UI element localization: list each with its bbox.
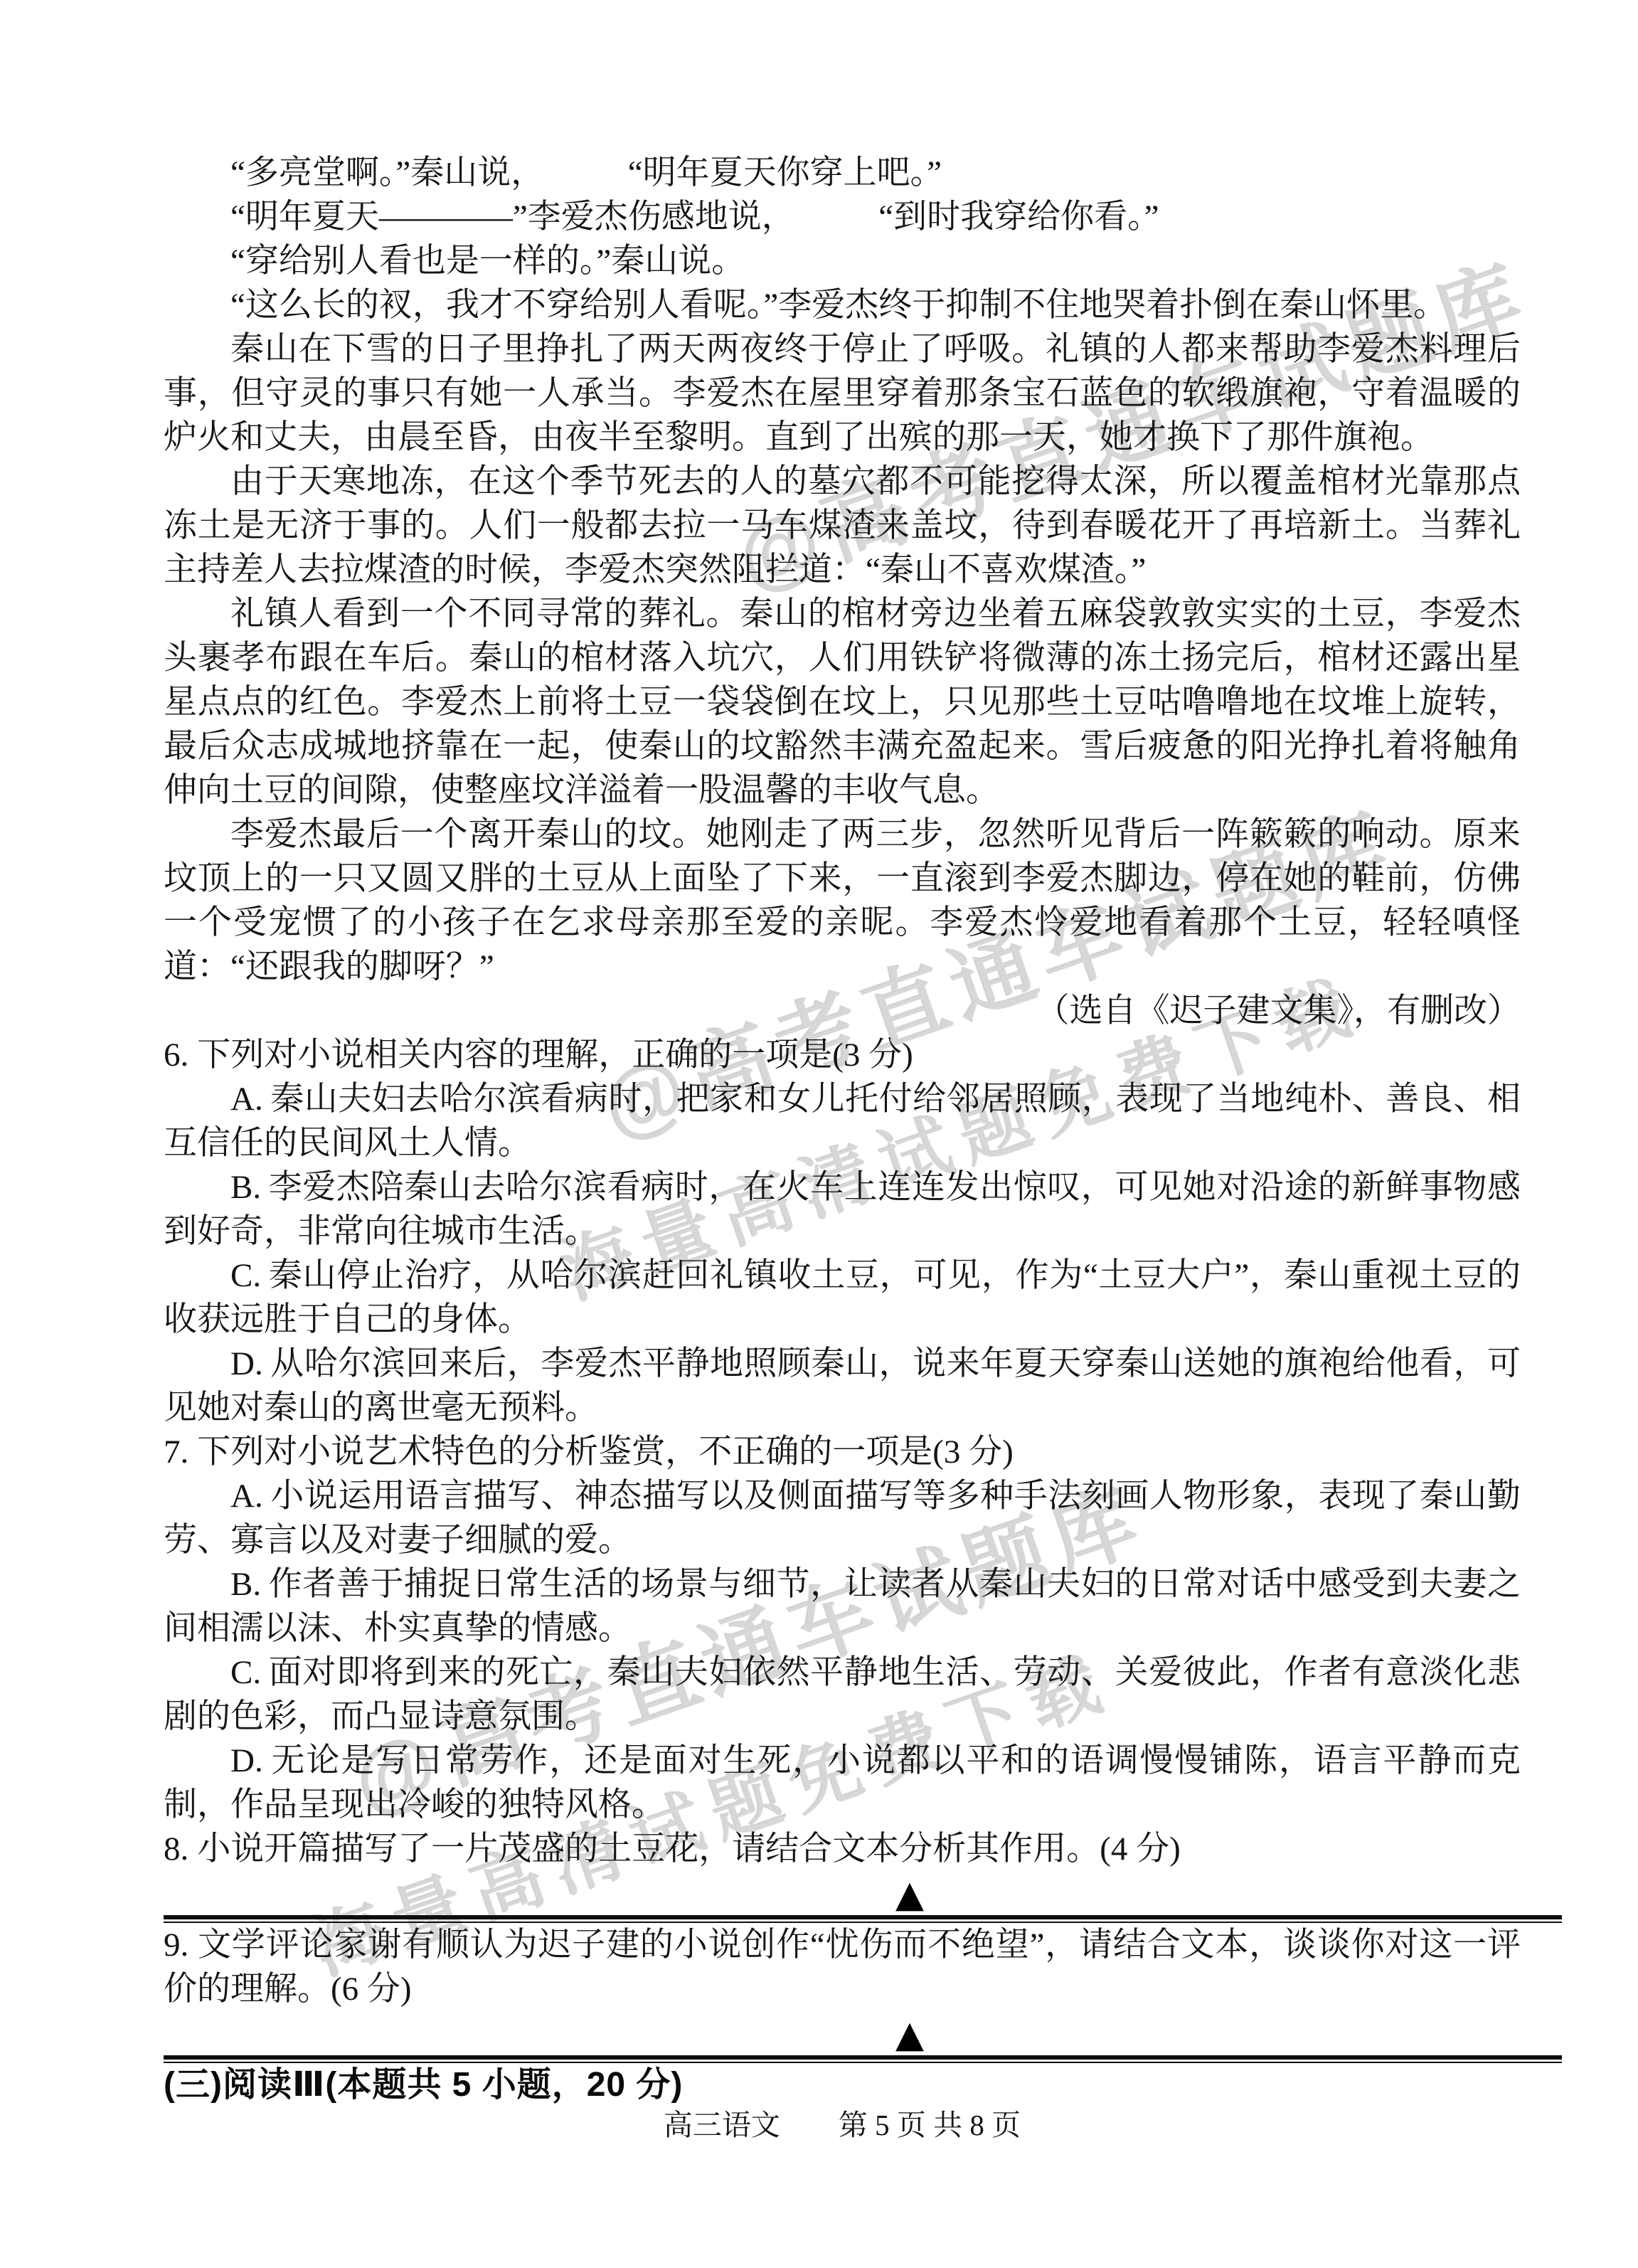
option-label: C. [230, 1257, 261, 1294]
passage-paragraph: 李爱杰最后一个离开秦山的坟。她刚走了两三步，忽然听见背后一阵簌簌的响动。原来坟顶… [164, 812, 1521, 989]
option-label: A. [230, 1478, 263, 1515]
option-text: 面对即将到来的死亡，秦山夫妇依然平静地生活、劳动、关爱彼此，作者有意淡化悲剧的色… [164, 1654, 1521, 1735]
option-text: 作者善于捕捉日常生活的场景与细节，让读者从秦山夫妇的日常对话中感受到夫妻之间相濡… [164, 1566, 1521, 1647]
question-8-number: 8. [164, 1830, 188, 1867]
answer-triangle-icon: ▲ [895, 2013, 924, 2057]
option-label: B. [230, 1169, 261, 1206]
question-6-text: 下列对小说相关内容的理解，正确的一项是(3 分) [197, 1037, 913, 1074]
passage-citation: （选自《迟子建文集》，有删改） [164, 989, 1521, 1033]
question-7-option-a: A.小说运用语言描写、神态描写以及侧面描写等多种手法刻画人物形象，表现了秦山勤劳… [164, 1474, 1521, 1562]
passage-paragraph: “多亮堂啊。”秦山说， “明年夏天你穿上吧。” [164, 151, 1521, 195]
passage-paragraph: 由于天寒地冻，在这个季节死去的人的墓穴都不可能挖得太深，所以覆盖棺材光靠那点冻土… [164, 460, 1521, 592]
option-text: 从哈尔滨回来后，李爱杰平静地照顾秦山，说来年夏天穿秦山送她的旗袍给他看，可见她对… [164, 1345, 1521, 1426]
page-content: “多亮堂啊。”秦山说， “明年夏天你穿上吧。” “明年夏天————”李爱杰伤感地… [164, 151, 1521, 2143]
option-text: 小说运用语言描写、神态描写以及侧面描写等多种手法刻画人物形象，表现了秦山勤劳、寡… [164, 1478, 1521, 1559]
question-7-text: 下列对小说艺术特色的分析鉴赏，不正确的一项是(3 分) [197, 1434, 1014, 1471]
separator-rule [164, 1915, 1562, 1923]
question-6-option-d: D.从哈尔滨回来后，李爱杰平静地照顾秦山，说来年夏天穿秦山送她的旗袍给他看，可见… [164, 1342, 1521, 1430]
passage-paragraph: “这么长的衩，我才不穿给别人看呢。”李爱杰终于抑制不住地哭着扑倒在秦山怀里。 [164, 283, 1521, 327]
page-footer: 高三语文 第 5 页 共 8 页 [164, 2107, 1521, 2143]
question-6-stem: 6.下列对小说相关内容的理解，正确的一项是(3 分) [164, 1033, 1521, 1077]
option-label: C. [230, 1654, 261, 1691]
option-label: D. [230, 1742, 263, 1779]
passage-paragraph: “穿给别人看也是一样的。”秦山说。 [164, 239, 1521, 283]
question-7-number: 7. [164, 1434, 188, 1471]
option-label: B. [230, 1566, 261, 1603]
question-7-stem: 7.下列对小说艺术特色的分析鉴赏，不正确的一项是(3 分) [164, 1430, 1521, 1474]
question-6-option-b: B.李爱杰陪秦山去哈尔滨看病时，在火车上连连发出惊叹，可见她对沿途的新鲜事物感到… [164, 1165, 1521, 1254]
option-text: 李爱杰陪秦山去哈尔滨看病时，在火车上连连发出惊叹，可见她对沿途的新鲜事物感到好奇… [164, 1169, 1521, 1250]
question-8-stem: 8.小说开篇描写了一片茂盛的土豆花，请结合文本分析其作用。(4 分) [164, 1827, 1521, 1871]
passage-paragraph: 礼镇人看到一个不同寻常的葬礼。秦山的棺材旁边坐着五麻袋敦敦实实的土豆，李爱杰头裹… [164, 592, 1521, 812]
question-7-option-b: B.作者善于捕捉日常生活的场景与细节，让读者从秦山夫妇的日常对话中感受到夫妻之间… [164, 1562, 1521, 1650]
passage-paragraph: “明年夏天————”李爱杰伤感地说， “到时我穿给你看。” [164, 195, 1521, 239]
section-heading: (三)阅读Ⅲ(本题共 5 小题，20 分) [164, 2063, 1521, 2107]
answer-marker-row: ▲ [164, 2011, 1521, 2055]
question-8-text: 小说开篇描写了一片茂盛的土豆花，请结合文本分析其作用。(4 分) [197, 1830, 1181, 1867]
question-9-stem: 9.文学评论家谢有顺认为迟子建的小说创作“忧伤而不绝望”，请结合文本，谈谈你对这… [164, 1923, 1521, 2011]
option-text: 秦山停止治疗，从哈尔滨赶回礼镇收土豆，可见，作为“土豆大户”，秦山重视土豆的收获… [164, 1257, 1521, 1338]
option-text: 秦山夫妇去哈尔滨看病时，把家和女儿托付给邻居照顾，表现了当地纯朴、善良、相互信任… [164, 1081, 1521, 1162]
passage-paragraph: 秦山在下雪的日子里挣扎了两天两夜终于停止了呼吸。礼镇的人都来帮助李爱杰料理后事，… [164, 327, 1521, 460]
answer-marker-row: ▲ [164, 1871, 1521, 1915]
question-7-option-c: C.面对即将到来的死亡，秦山夫妇依然平静地生活、劳动、关爱彼此，作者有意淡化悲剧… [164, 1650, 1521, 1739]
question-6-option-a: A.秦山夫妇去哈尔滨看病时，把家和女儿托付给邻居照顾，表现了当地纯朴、善良、相互… [164, 1077, 1521, 1165]
question-6-number: 6. [164, 1037, 188, 1074]
question-7-option-d: D.无论是写日常劳作，还是面对生死，小说都以平和的语调慢慢铺陈，语言平静而克制，… [164, 1739, 1521, 1827]
question-9-text: 文学评论家谢有顺认为迟子建的小说创作“忧伤而不绝望”，请结合文本，谈谈你对这一评… [164, 1927, 1521, 2008]
option-label: D. [230, 1345, 263, 1382]
option-label: A. [230, 1081, 263, 1118]
option-text: 无论是写日常劳作，还是面对生死，小说都以平和的语调慢慢铺陈，语言平静而克制，作品… [164, 1742, 1521, 1823]
exam-page: @高考直通车试题库 @高考直通车试题库 海量高清试题免费下载 @高考直通车试题库… [0, 0, 1638, 2268]
answer-triangle-icon: ▲ [895, 1872, 924, 1917]
separator-rule [164, 2055, 1562, 2063]
question-6-option-c: C.秦山停止治疗，从哈尔滨赶回礼镇收土豆，可见，作为“土豆大户”，秦山重视土豆的… [164, 1254, 1521, 1342]
question-9-number: 9. [164, 1927, 188, 1964]
